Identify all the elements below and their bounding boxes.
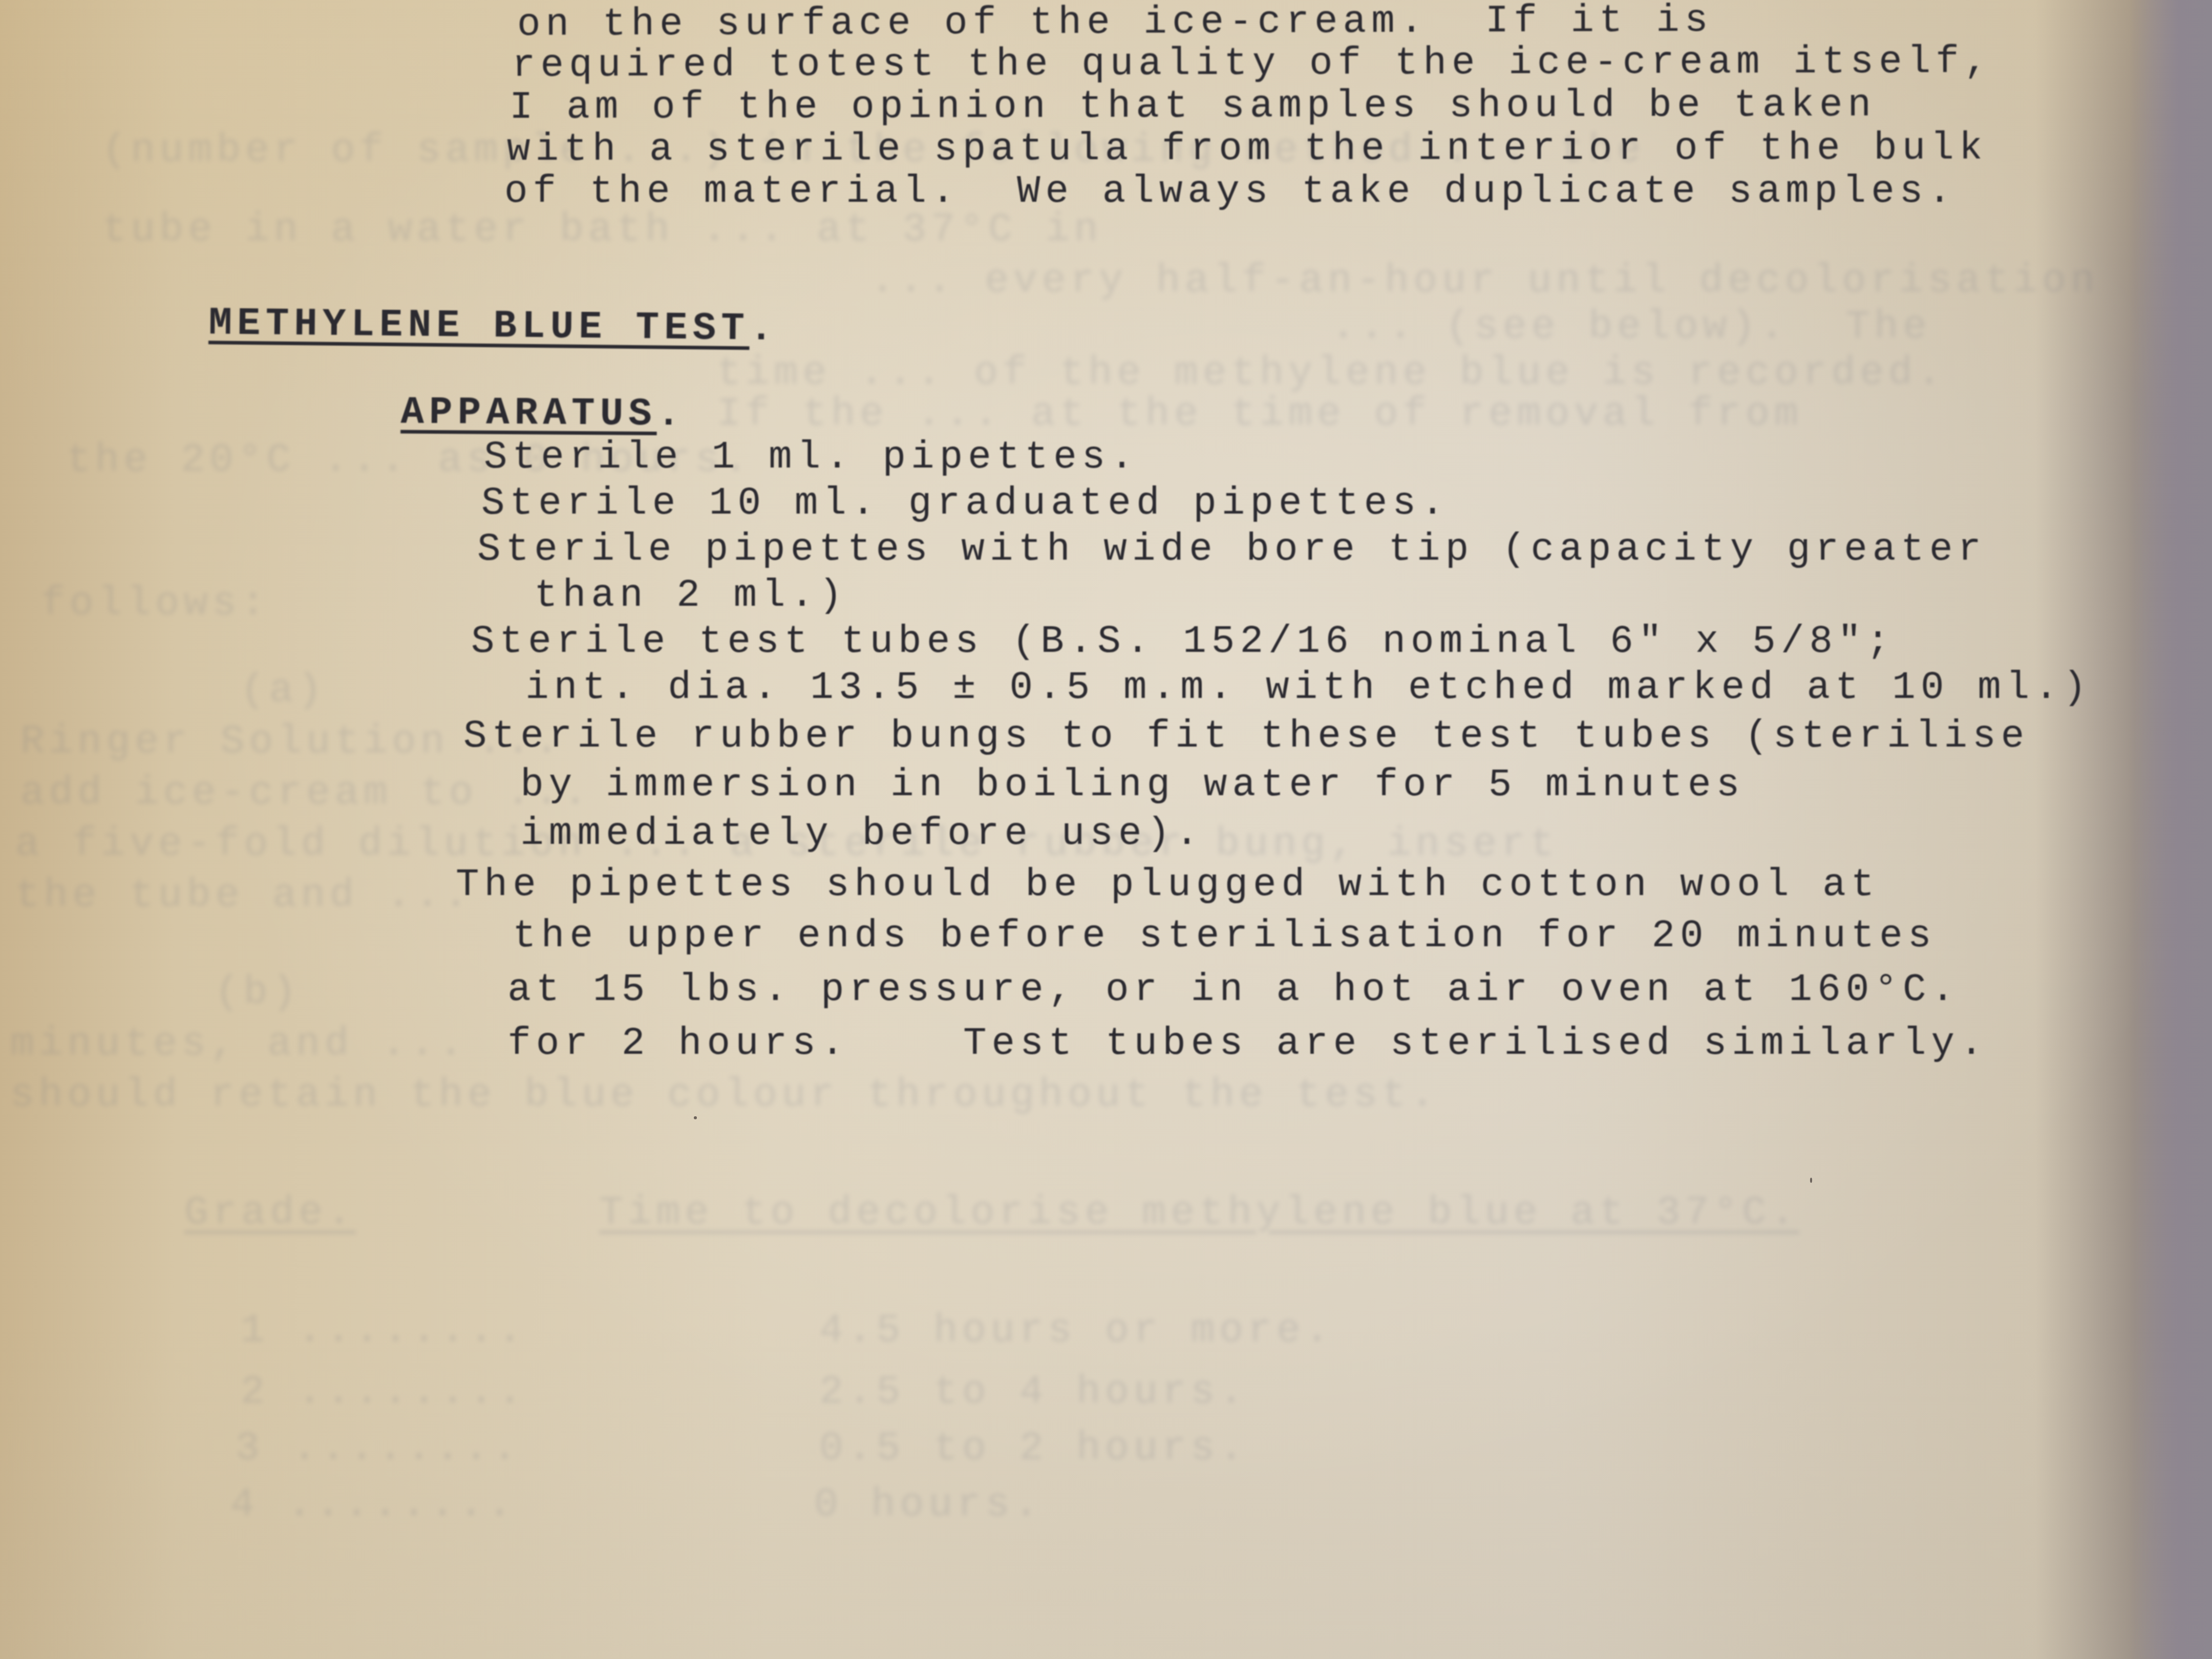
ghost-line: 0.5 to 2 hours. [819, 1429, 1248, 1469]
text-line: at 15 lbs. pressure, or in a hot air ove… [451, 970, 1960, 1009]
ink-speck [694, 1116, 697, 1119]
text-line: The pipettes should be plugged with cott… [456, 865, 1879, 904]
ghost-line: 2 ........ [241, 1372, 526, 1412]
apparatus-item: Sterile rubber bungs to fit these test t… [463, 717, 2029, 756]
apparatus-item: than 2 ml.) [477, 576, 847, 615]
ghost-line: 4 ........ [230, 1485, 516, 1525]
apparatus-item: int. dia. 13.5 ± 0.5 m.m. with etched ma… [469, 668, 2092, 707]
text-line: I am of the opinion that samples should … [509, 86, 1876, 127]
ghost-line: 1 ........ [241, 1311, 526, 1351]
apparatus-item: by immersion in boiling water for 5 minu… [463, 765, 1745, 804]
text-line: with a sterile spatula from the interior… [507, 129, 1988, 169]
ghost-line: the tube and ... [15, 876, 473, 916]
ghost-line: Grade. [184, 1193, 356, 1233]
section-heading-punct: . [749, 307, 778, 351]
section-heading-text: METHYLENE BLUE TEST [208, 301, 750, 351]
ghost-line: (b) [215, 973, 301, 1013]
ghost-line: 0 hours. [814, 1485, 1043, 1525]
text-line: the upper ends before sterilisation for … [456, 917, 1937, 955]
ghost-line: Time to decolorise methylene blue at 37°… [599, 1193, 1799, 1233]
ghost-line: should retain the blue colour throughout… [10, 1075, 1439, 1115]
subsection-heading-text: APPARATUS [400, 391, 657, 436]
ghost-line: 3 ........ [236, 1429, 521, 1469]
apparatus-item: Sterile pipettes with wide bore tip (cap… [477, 530, 1986, 569]
page-edge-shadow [2130, 0, 2212, 1659]
ghost-line: ... every half-an-hour until decolorisat… [870, 261, 2099, 301]
ghost-line: If the ... at the time of removal from [717, 394, 1803, 434]
document-photo: (number of sample ...) in the following … [0, 0, 2212, 1659]
ghost-line: minutes, and ... [10, 1024, 467, 1064]
apparatus-item: Sterile 1 ml. pipettes. [484, 438, 1139, 477]
text-line: required totest the quality of the ice-c… [512, 42, 1993, 85]
ghost-line: follows: [41, 584, 269, 624]
text-line: on the surface of the ice-cream. If it i… [517, 1, 1713, 44]
apparatus-item: immediately before use). [463, 814, 1204, 853]
ghost-line: 2.5 to 4 hours. [819, 1372, 1248, 1412]
apparatus-item: Sterile test tubes (B.S. 152/16 nominal … [471, 622, 1895, 661]
ghost-line: ... (see below). The [1331, 307, 1931, 347]
ghost-line: (a) [241, 671, 326, 711]
apparatus-item: Sterile 10 ml. graduated pipettes. [481, 484, 1450, 523]
subsection-heading-punct: . [657, 392, 686, 436]
ghost-line: time ... of the methylene blue is record… [717, 353, 1946, 393]
ink-speck [1810, 1178, 1812, 1183]
ghost-line: 4.5 hours or more. [819, 1311, 1334, 1351]
ghost-line: tube in a water bath ... at 37°C in [102, 210, 1102, 250]
text-line: for 2 hours. Test tubes are sterilised s… [451, 1024, 1988, 1063]
text-line: of the material. We always take duplicat… [504, 172, 1956, 211]
